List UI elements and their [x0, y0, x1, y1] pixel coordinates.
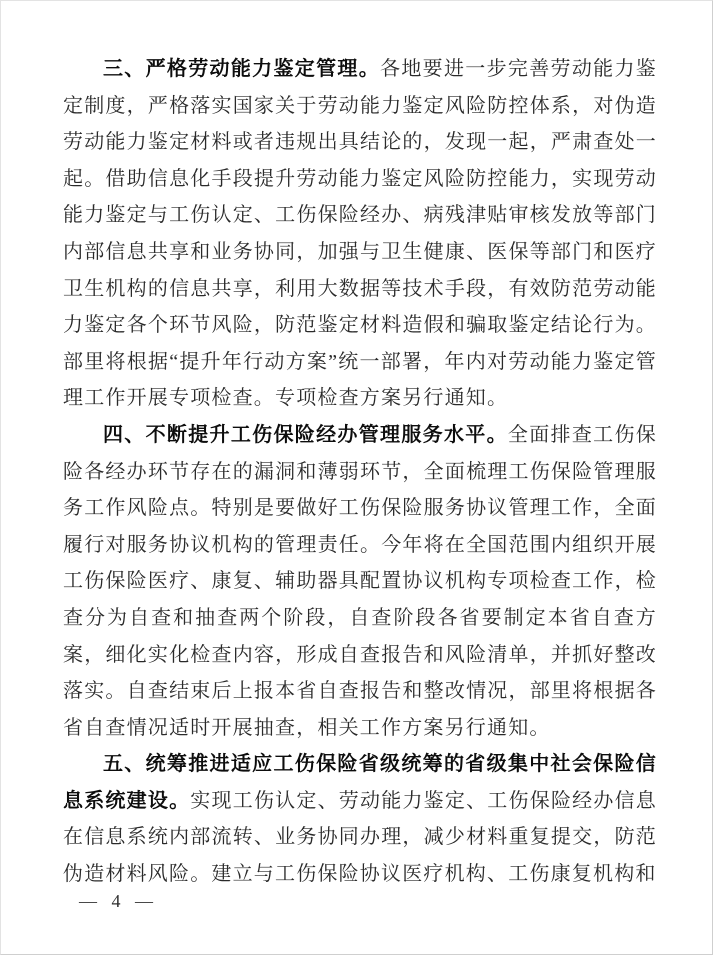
document-page: 三、严格劳动能力鉴定管理。各地要进一步完善劳动能力鉴定制度，严格落实国家关于劳动… — [0, 0, 713, 955]
paragraph-section-4: 四、不断提升工伤保险经办管理服务水平。全面排查工伤保险各经办环节存在的漏洞和薄弱… — [63, 417, 657, 746]
section-3-heading: 三、严格劳动能力鉴定管理。 — [103, 58, 380, 80]
paragraph-section-5: 五、统筹推进适应工伤保险省级统筹的省级集中社会保险信息系统建设。实现工伤认定、劳… — [63, 746, 657, 892]
section-3-text: 各地要进一步完善劳动能力鉴定制度，严格落实国家关于劳动能力鉴定风险防控体系，对伪… — [63, 58, 657, 409]
section-4-text: 全面排查工伤保险各经办环节存在的漏洞和薄弱环节，全面梳理工伤保险管理服务工作风险… — [63, 424, 657, 739]
page-number: — 4 — — [79, 891, 158, 912]
document-body: 三、严格劳动能力鉴定管理。各地要进一步完善劳动能力鉴定制度，严格落实国家关于劳动… — [63, 51, 657, 893]
section-4-heading: 四、不断提升工伤保险经办管理服务水平。 — [103, 424, 508, 446]
paragraph-section-3: 三、严格劳动能力鉴定管理。各地要进一步完善劳动能力鉴定制度，严格落实国家关于劳动… — [63, 51, 657, 417]
